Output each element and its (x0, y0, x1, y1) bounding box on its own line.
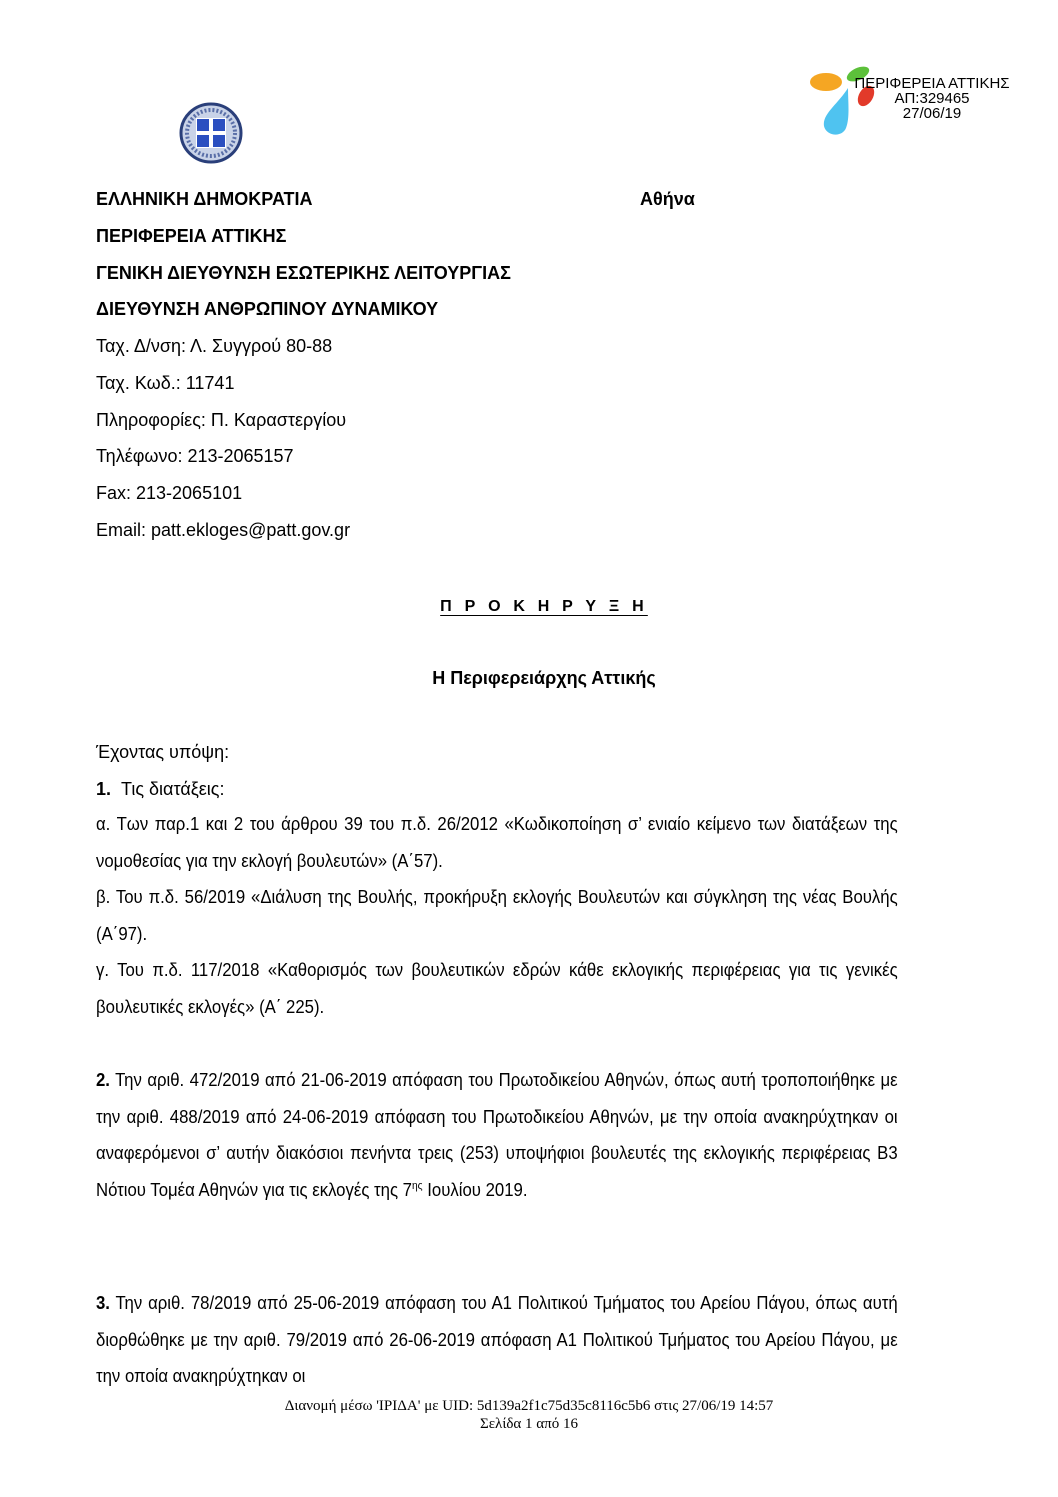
item-3-number: 3. (96, 1293, 110, 1313)
item-3-text: Την αριθ. 78/2019 από 25-06-2019 απόφαση… (96, 1293, 898, 1386)
protocol-stamp: ΠΕΡΙΦΕΡΕΙΑ ΑΤΤΙΚΗΣ ΑΠ:329465 27/06/19 (808, 66, 1028, 138)
stamp-text: ΠΕΡΙΦΕΡΕΙΑ ΑΤΤΙΚΗΣ ΑΠ:329465 27/06/19 (808, 76, 1028, 121)
contact-info: Πληροφορίες: Π. Καραστεργίου (96, 410, 346, 430)
header-region: ΠΕΡΙΦΕΡΕΙΑ ΑΤΤΙΚΗΣ (96, 226, 286, 246)
stamp-protocol-number: ΑΠ:329465 (808, 91, 1028, 106)
page-footer: Διανομή μέσω 'ΙΡΙΔΑ' με UID: 5d139a2f1c7… (0, 1397, 1058, 1433)
document-page: ΠΕΡΙΦΕΡΕΙΑ ΑΤΤΙΚΗΣ ΑΠ:329465 27/06/19 ΕΛ… (0, 0, 1058, 1497)
item-3: 3. Την αριθ. 78/2019 από 25-06-2019 απόφ… (96, 1285, 898, 1395)
document-title-text: Π Ρ Ο Κ Η Ρ Υ Ξ Η (410, 598, 648, 615)
header-directorate: ΔΙΕΥΘΥΝΣΗ ΑΝΘΡΩΠΙΝΟΥ ΔΥΝΑΜΙΚΟΥ (96, 299, 438, 319)
footer-page-number: Σελίδα 1 από 16 (0, 1415, 1058, 1433)
contact-email[interactable]: Email: patt.ekloges@patt.gov.gr (96, 520, 350, 540)
item-1a: α. Των παρ.1 και 2 του άρθρου 39 του π.δ… (96, 806, 898, 879)
stamp-date: 27/06/19 (808, 106, 1028, 121)
item-2: 2. Την αριθ. 472/2019 από 21-06-2019 από… (96, 1062, 898, 1208)
header-general-directorate: ΓΕΝΙΚΗ ΔΙΕΥΘΥΝΣΗ ΕΣΩΤΕΡΙΚΗΣ ΛΕΙΤΟΥΡΓΙΑΣ (96, 263, 511, 283)
item-1b: β. Του π.δ. 56/2019 «Διάλυση της Βουλής,… (96, 879, 898, 952)
header-republic: ΕΛΛΗΝΙΚΗ ΔΗΜΟΚΡΑΤΙΑ (96, 189, 312, 209)
footer-distribution: Διανομή μέσω 'ΙΡΙΔΑ' με UID: 5d139a2f1c7… (0, 1397, 1058, 1415)
item-1-text: Τις διατάξεις: (121, 779, 224, 799)
contact-postal-code: Ταχ. Κωδ.: 11741 (96, 373, 234, 393)
header-city: Αθήνα (640, 189, 695, 209)
contact-fax: Fax: 213-2065101 (96, 483, 242, 503)
item-2-superscript: ης (412, 1180, 423, 1192)
greek-coat-of-arms-icon (179, 102, 243, 164)
stamp-organization: ΠΕΡΙΦΕΡΕΙΑ ΑΤΤΙΚΗΣ (808, 76, 1028, 91)
item-2-number: 2. (96, 1070, 110, 1090)
item-1: 1. Τις διατάξεις: (96, 779, 224, 799)
item-2-tail: Ιουλίου 2019. (423, 1180, 528, 1200)
contact-phone: Τηλέφωνο: 213-2065157 (96, 446, 294, 466)
contact-address: Ταχ. Δ/νση: Λ. Συγγρού 80-88 (96, 336, 332, 356)
document-issuer: Η Περιφερειάρχης Αττικής (0, 668, 1058, 689)
considering-heading: Έχοντας υπόψη: (96, 742, 229, 762)
item-1c: γ. Του π.δ. 117/2018 «Καθορισμός των βου… (96, 952, 898, 1025)
document-title: Π Ρ Ο Κ Η Ρ Υ Ξ Η (0, 598, 1058, 616)
item-1-number: 1. (96, 779, 111, 799)
